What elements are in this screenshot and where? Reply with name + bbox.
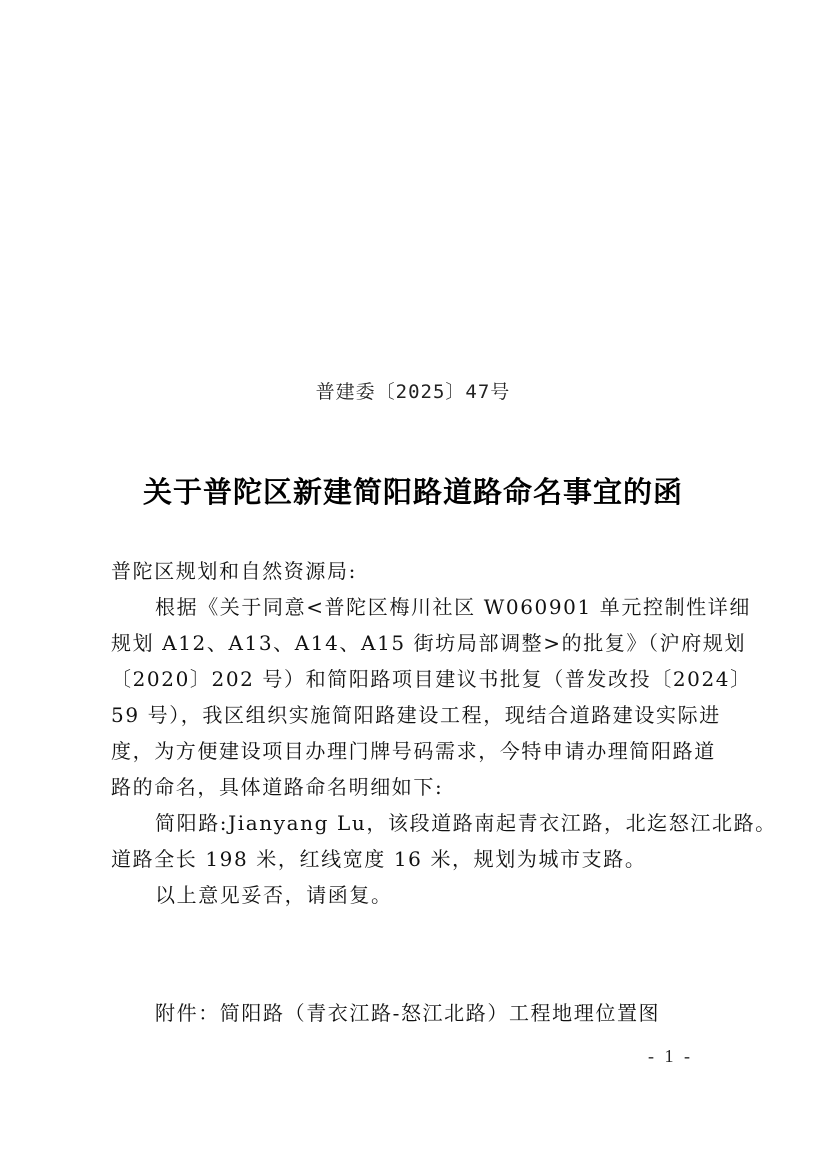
salutation: 普陀区规划和自然资源局: — [111, 558, 731, 584]
closing-line: 以上意见妥否，请函复。 — [155, 882, 775, 908]
page-number: - 1 - — [648, 1046, 693, 1067]
document-page: 普建委〔2025〕47号 关于普陀区新建简阳路道路命名事宜的函 普陀区规划和自然… — [0, 0, 826, 1169]
body-line: 〔2020〕202 号）和简阳路项目建议书批复（普发改投〔2024〕 — [111, 666, 731, 692]
document-number: 普建委〔2025〕47号 — [0, 377, 826, 404]
road-naming-detail: 简阳路:Jianyang Lu，该段道路南起青衣江路，北迄怒江北路。 — [155, 810, 775, 836]
body-line: 根据《关于同意<普陀区梅川社区 W060901 单元控制性详细 — [155, 594, 775, 620]
document-title: 关于普陀区新建简阳路道路命名事宜的函 — [0, 470, 826, 511]
body-line: 规划 A12、A13、A14、A15 街坊局部调整>的批复》（沪府规划 — [111, 630, 731, 656]
road-spec-line: 道路全长 198 米，红线宽度 16 米，规划为城市支路。 — [111, 846, 731, 872]
body-line: 59 号），我区组织实施简阳路建设工程，现结合道路建设实际进 — [111, 702, 731, 728]
body-line: 度，为方便建设项目办理门牌号码需求，今特申请办理简阳路道 — [111, 738, 731, 764]
body-line: 路的命名，具体道路命名明细如下: — [111, 774, 731, 800]
attachment-note: 附件：简阳路（青衣江路-怒江北路）工程地理位置图 — [155, 1000, 775, 1026]
